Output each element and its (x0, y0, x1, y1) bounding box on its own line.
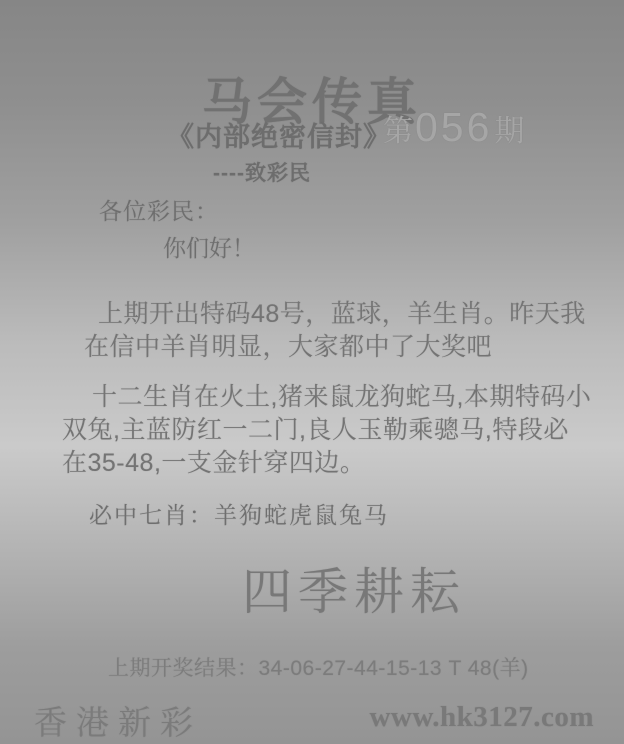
paragraph-previous-draw: 上期开出特码48号，蓝球，羊生肖。昨天我 在信中羊肖明显，大家都中了大奖吧 (84, 298, 586, 364)
dedication-line: ----致彩民 (213, 157, 311, 187)
greeting: 你们好！ (163, 230, 255, 263)
salutation: 各位彩民： (99, 193, 219, 226)
website-url: www.hk3127.com (369, 701, 594, 734)
paragraph-line: 十二生肖在火土,猪来鼠龙狗蛇马,本期特码小 (62, 381, 591, 414)
issue-number: 第 056 期 (383, 104, 524, 151)
brand-name: 香港新彩 (34, 697, 202, 744)
paragraph-line: 双兔,主蓝防红一二门,良人玉勒乘骢马,特段必 (62, 414, 591, 447)
seven-zodiac-line: 必中七肖：羊狗蛇虎鼠兔马 (89, 497, 389, 530)
issue-suffix: 期 (494, 106, 524, 150)
fax-sheet: 马会传真 《内部绝密信封》 第 056 期 ----致彩民 各位彩民： 你们好！… (0, 0, 624, 744)
paragraph-line: 在35-48,一支金针穿四边。 (62, 447, 591, 480)
issue-prefix: 第 (383, 106, 413, 150)
paragraph-line: 在信中羊肖明显，大家都中了大奖吧 (84, 331, 586, 364)
idiom-headline: 四季耕耘 (0, 552, 624, 624)
last-draw-result: 上期开奖结果：34-06-27-44-15-13 T 48(羊) (108, 652, 529, 682)
issue-digits: 056 (413, 104, 494, 151)
paragraph-prediction: 十二生肖在火土,猪来鼠龙狗蛇马,本期特码小 双兔,主蓝防红一二门,良人玉勒乘骢马… (62, 381, 591, 480)
paragraph-line: 上期开出特码48号，蓝球，羊生肖。昨天我 (84, 298, 586, 331)
envelope-label: 《内部绝密信封》 (167, 115, 391, 154)
